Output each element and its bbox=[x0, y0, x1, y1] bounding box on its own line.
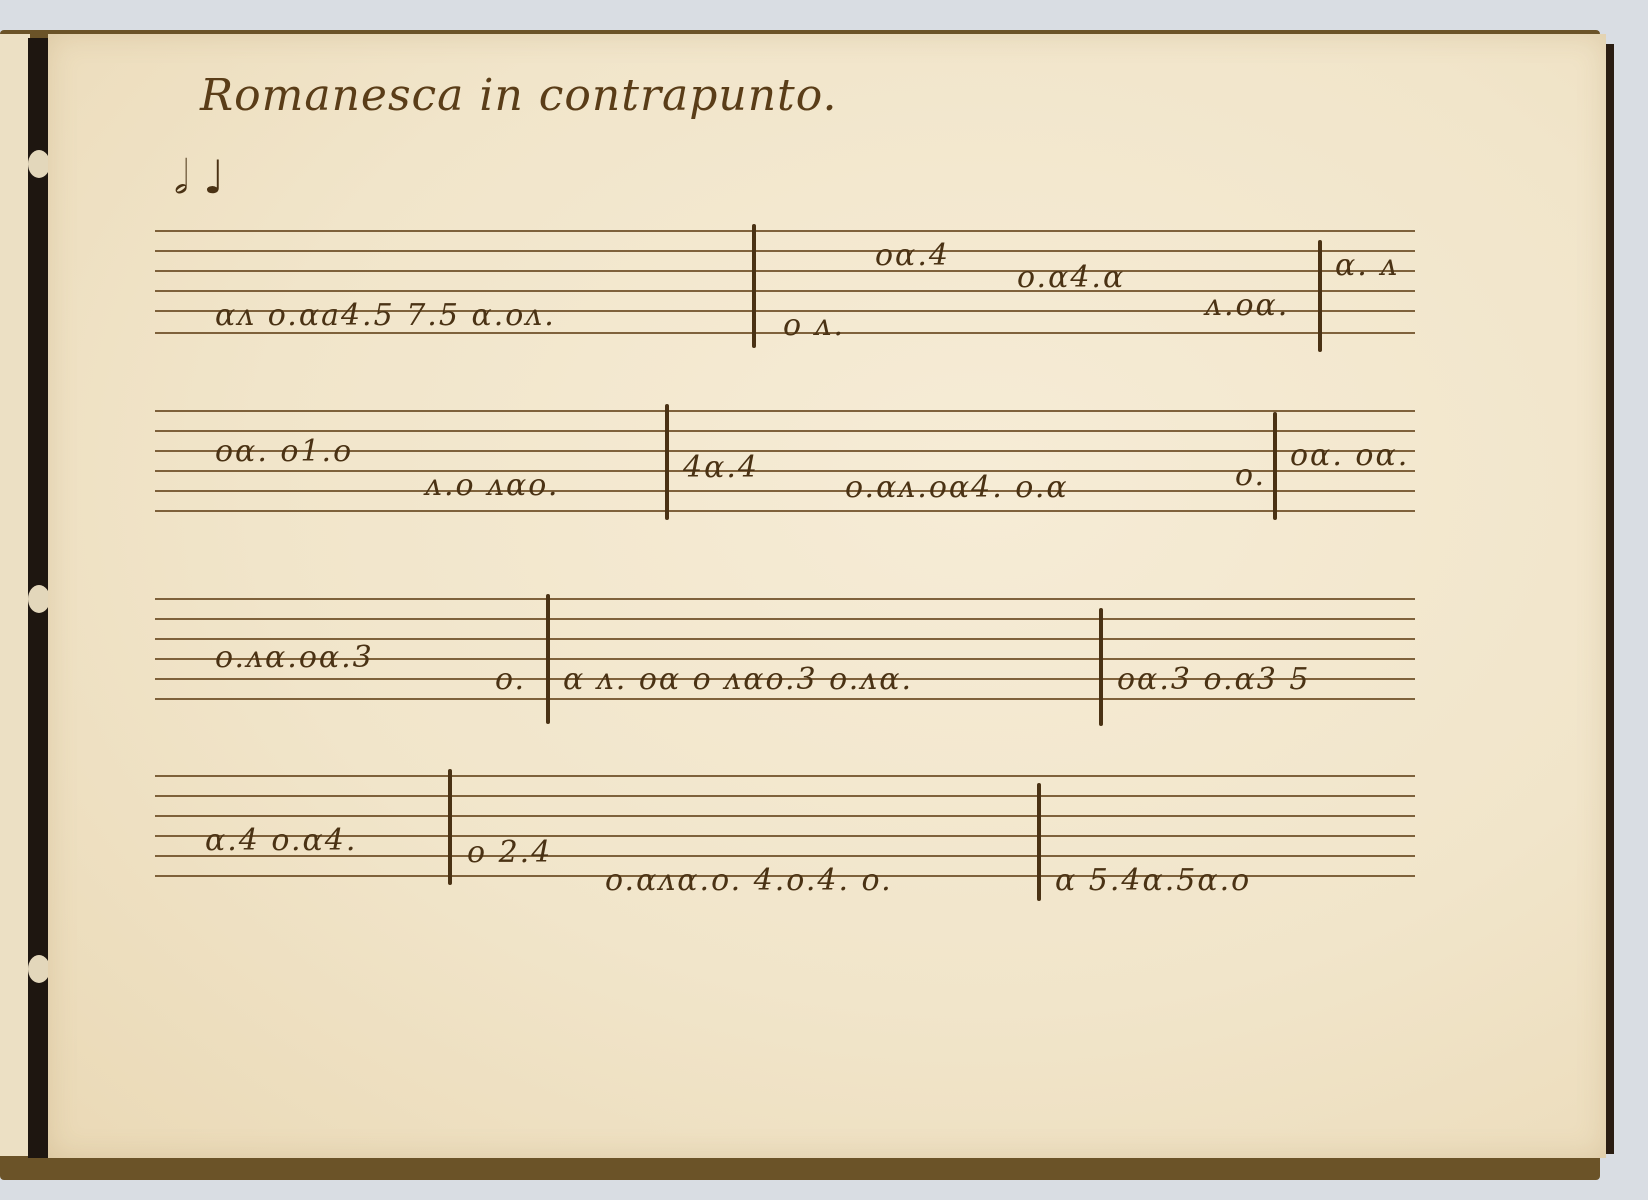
rhythm-sign: 𝅗𝅥 ♩ bbox=[174, 150, 225, 206]
tablature-staff-4: α.4 o.α4. o 2.4 o.αᴧα.o. 4.o.4. o. α 5.4… bbox=[155, 775, 1415, 885]
barline bbox=[1037, 783, 1041, 901]
tablature-notes: oα.3 o.α3 5 bbox=[1117, 662, 1311, 697]
tablature-notes: α.4 o.α4. bbox=[205, 823, 357, 858]
barline bbox=[752, 224, 756, 348]
barline bbox=[546, 594, 550, 724]
binding-stitch bbox=[28, 150, 50, 178]
manuscript-page bbox=[48, 34, 1606, 1158]
barline bbox=[448, 769, 452, 885]
tablature-notes: αᴧ o.αa4.5 7.5 α.oᴧ. bbox=[215, 298, 556, 333]
tablature-staff-2: oα. o1.o ᴧ.o ᴧαo. 4α.4 o.αᴧ.oα4. o.α o. … bbox=[155, 410, 1415, 520]
binding-stitch bbox=[28, 955, 50, 983]
tablature-notes: oα. oα. bbox=[1290, 438, 1409, 473]
barline bbox=[1099, 608, 1103, 726]
tablature-notes: o.α4.α bbox=[1017, 260, 1125, 295]
page-title: Romanesca in contrapunto. bbox=[200, 70, 837, 121]
barline bbox=[665, 404, 669, 520]
tablature-notes: o. bbox=[495, 662, 526, 697]
tablature-notes: α 5.4α.5α.o bbox=[1055, 863, 1251, 898]
tablature-notes: o ᴧ. bbox=[783, 308, 845, 343]
tablature-notes: 4α.4 bbox=[683, 450, 759, 485]
tablature-notes: α ᴧ. oα o ᴧαo.3 o.ᴧα. bbox=[563, 662, 913, 697]
tablature-notes: ᴧ.oα. bbox=[1205, 288, 1289, 323]
tablature-notes: ᴧ.o ᴧαo. bbox=[425, 468, 559, 503]
binding-stitch bbox=[28, 585, 50, 613]
barline bbox=[1273, 412, 1277, 520]
tablature-notes: oα. o1.o bbox=[215, 434, 353, 469]
facing-page-edge bbox=[0, 34, 30, 1156]
tablature-notes: oα.4 bbox=[875, 238, 950, 273]
tablature-notes: o. bbox=[1235, 458, 1266, 493]
barline bbox=[1318, 240, 1322, 352]
tablature-notes: o.αᴧα.o. 4.o.4. o. bbox=[605, 863, 893, 898]
tablature-notes: o.ᴧα.oα.3 bbox=[215, 640, 374, 675]
tablature-staff-1: αᴧ o.αa4.5 7.5 α.oᴧ. o ᴧ. oα.4 o.α4.α ᴧ.… bbox=[155, 230, 1415, 340]
tablature-notes: α. ᴧ bbox=[1335, 248, 1399, 283]
tablature-notes: o.αᴧ.oα4. o.α bbox=[845, 470, 1069, 505]
tablature-staff-3: o.ᴧα.oα.3 o. α ᴧ. oα o ᴧαo.3 o.ᴧα. oα.3 … bbox=[155, 598, 1415, 708]
tablature-notes: o 2.4 bbox=[467, 835, 552, 870]
